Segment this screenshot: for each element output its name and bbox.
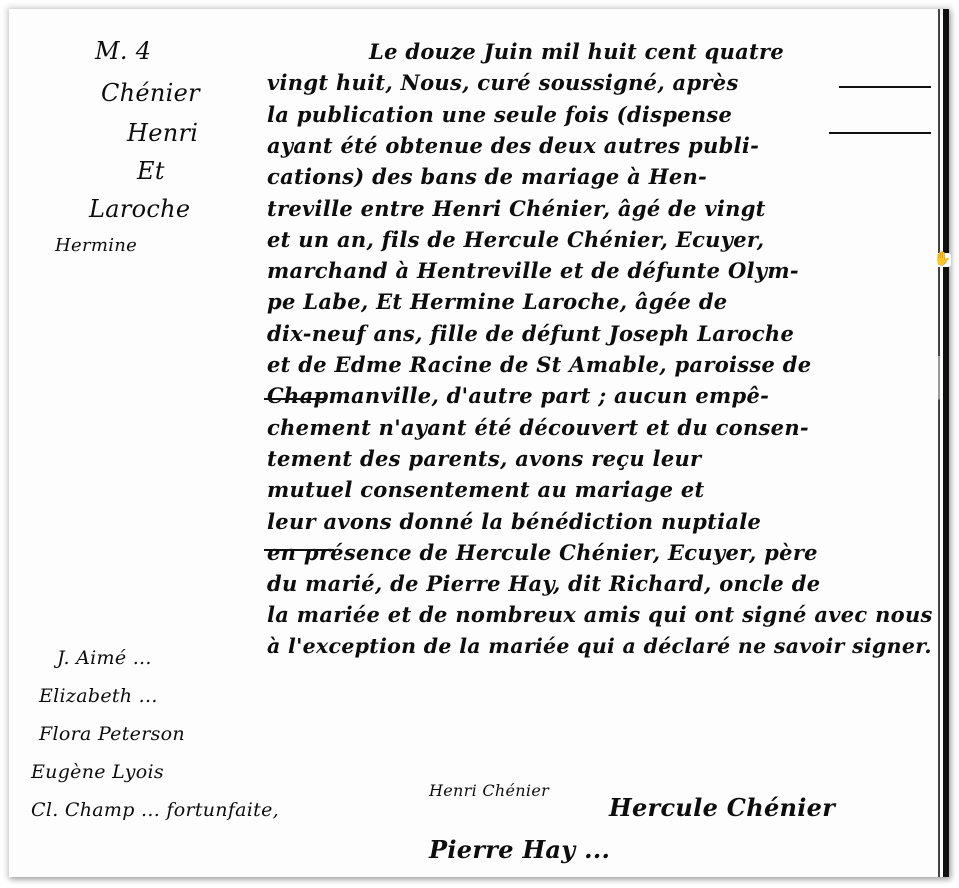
record-line: marchand à Hentreville et de défunte Oly… — [267, 258, 799, 283]
record-line: chement n'ayant été découvert et du cons… — [267, 415, 809, 440]
record-line: leur avons donné la bénédiction nuptiale — [267, 509, 761, 534]
record-line: mutuel consentement au mariage et — [267, 477, 705, 502]
margin-bride-surname: Laroche — [89, 195, 190, 223]
witness-signature-large: Pierre Hay ... — [429, 835, 610, 864]
record-line: et de Edme Racine de St Amable, paroisse… — [267, 352, 811, 377]
record-line: vingt huit, Nous, curé soussigné, après — [267, 70, 739, 95]
record-line: la mariée et de nombreux amis qui ont si… — [267, 602, 933, 627]
line-end-rule — [839, 86, 931, 88]
witness-signature: Flora Peterson — [39, 723, 185, 745]
margin-bride-name: Hermine — [55, 235, 137, 256]
hand-cursor-icon: ✋ — [934, 253, 951, 267]
line-start-rule — [264, 398, 324, 400]
record-line: dix-neuf ans, fille de défunt Joseph Lar… — [267, 321, 794, 346]
witness-signature: Elizabeth ... — [39, 685, 158, 707]
groom-signature: Henri Chénier — [429, 781, 549, 800]
record-line: à l'exception de la mariée qui a déclaré… — [267, 634, 932, 658]
margin-groom-surname: Chénier — [101, 79, 200, 107]
line-end-rule — [829, 132, 931, 134]
record-line: et un an, fils de Hercule Chénier, Ecuye… — [267, 227, 764, 252]
witness-signature: Eugène Lyois — [31, 761, 164, 783]
line-start-rule — [264, 549, 334, 551]
record-line: cations) des bans de mariage à Hen- — [267, 164, 707, 189]
record-line: en présence de Hercule Chénier, Ecuyer, … — [267, 540, 818, 565]
margin-entry-number: M. 4 — [95, 37, 151, 65]
witness-signature: Cl. Champ ... fortunfaite, — [31, 799, 279, 821]
record-line: pe Labe, Et Hermine Laroche, âgée de — [267, 289, 727, 314]
record-line: Le douze Juin mil huit cent quatre — [369, 39, 784, 64]
margin-groom-name: Henri — [127, 119, 198, 147]
record-line: la publication une seule fois (dispense — [267, 102, 732, 127]
margin-and: Et — [137, 157, 165, 185]
record-line: tement des parents, avons reçu leur — [267, 446, 701, 471]
document-scan: ✋ M. 4 Chénier Henri Et Laroche Hermine … — [9, 9, 949, 877]
page-binding-edge — [943, 9, 949, 877]
record-line: Chapmanville, d'autre part ; aucun empê- — [267, 383, 769, 408]
record-line: treville entre Henri Chénier, âgé de vin… — [267, 196, 766, 221]
father-signature: Hercule Chénier — [609, 793, 835, 822]
page-binding-line — [938, 9, 940, 877]
record-line: du marié, de Pierre Hay, dit Richard, on… — [267, 571, 820, 596]
witness-signature: J. Aimé ... — [57, 647, 152, 669]
record-line: ayant été obtenue des deux autres publi- — [267, 133, 759, 158]
